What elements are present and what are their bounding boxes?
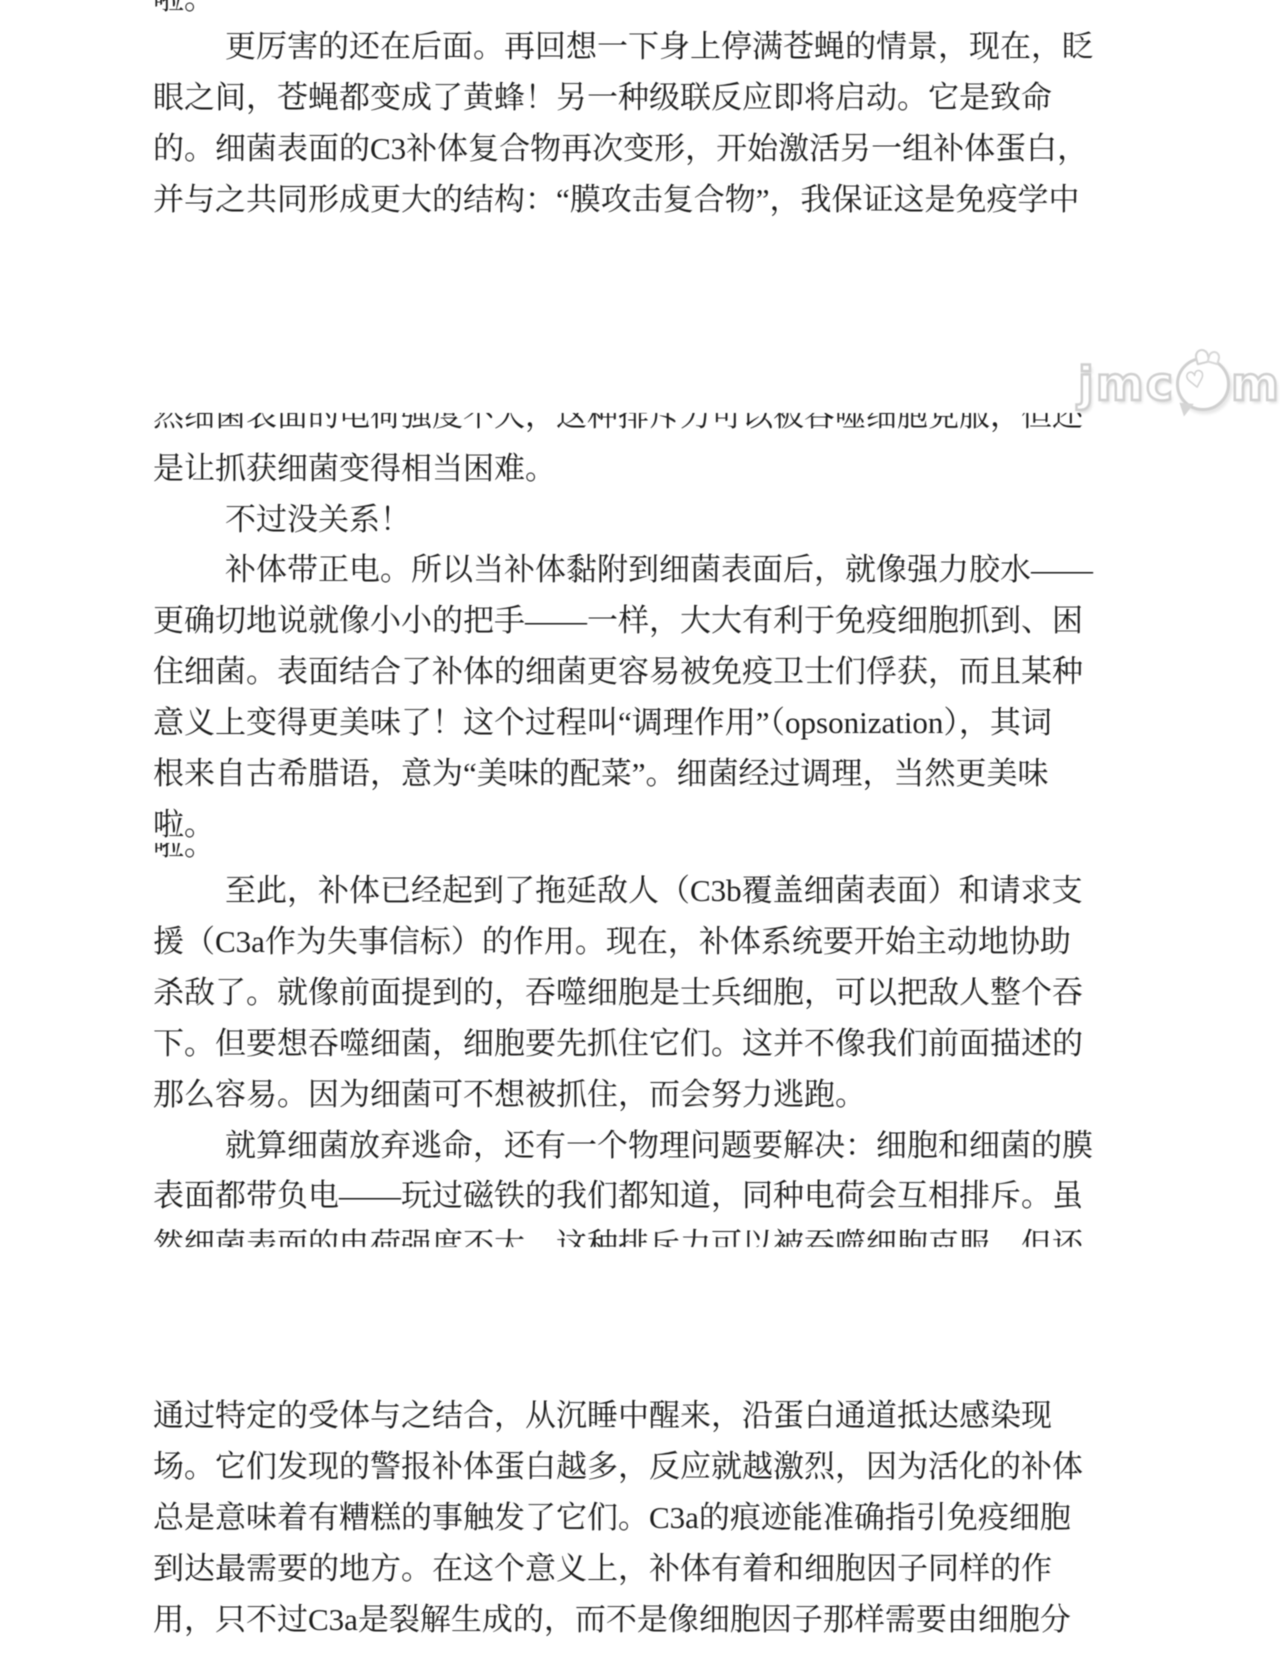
text-line: 补体带正电。所以当补体黏附到细菌表面后，就像强力胶水—— xyxy=(153,553,1133,586)
text-line: 更厉害的还在后面。再回想一下身上停满苍蝇的情景，现在，眨 xyxy=(153,30,1133,63)
text-line: 眼之间，苍蝇都变成了黄蜂！另一种级联反应即将启动。它是致命 xyxy=(153,81,1133,114)
text-line: 下。但要想吞噬细菌，细胞要先抓住它们。这并不像我们前面描述的 xyxy=(153,1027,1133,1060)
text-line: 的。细菌表面的C3补体复合物再次变形，开始激活另一组补体蛋白， xyxy=(153,132,1133,165)
text-line: 然细菌表面的电荷强度不大，这种排斥力可以被吞噬细胞克服，但还 xyxy=(153,413,1133,432)
text-line: 至此，补体已经起到了拖延敌人（C3b覆盖细菌表面）和请求支 xyxy=(153,874,1133,907)
text-line: 啦。 xyxy=(153,808,1133,838)
reader-scroll-view[interactable]: 啦。 更厉害的还在后面。再回想一下身上停满苍蝇的情景，现在，眨 眼之间，苍蝇都变… xyxy=(0,0,1280,1656)
text-line: 啦。 xyxy=(153,843,1133,861)
text-line: 啦。 xyxy=(153,0,1133,15)
text-line: 根来自古希腊语，意为“美味的配菜”。细菌经过调理，当然更美味 xyxy=(153,757,1133,790)
text-line: 就算细菌放弃逃命，还有一个物理问题要解决：细胞和细菌的膜 xyxy=(153,1129,1133,1162)
text-line: 并与之共同形成更大的结构：“膜攻击复合物”，我保证这是免疫学中 xyxy=(153,183,1133,216)
text-line: 通过特定的受体与之结合，从沉睡中醒来，沿蛋白通道抵达感染现 xyxy=(153,1399,1133,1432)
clipped-text-line: 然细菌表面的电荷强度不大，这种排斥力可以被吞噬细胞克服，但还 xyxy=(153,1228,1133,1247)
text-line: 场。它们发现的警报补体蛋白越多，反应就越激烈，因为活化的补体 xyxy=(153,1450,1133,1483)
text-line: 总是意味着有糟糕的事触发了它们。C3a的痕迹能准确指引免疫细胞 xyxy=(153,1501,1133,1534)
text-line: 不过没关系！ xyxy=(153,503,1133,536)
text-line: 然细菌表面的电荷强度不大，这种排斥力可以被吞噬细胞克服，但还 xyxy=(153,1228,1133,1247)
heart-icon: ♥ xyxy=(1184,368,1210,394)
text-line: 用，只不过C3a是裂解生成的，而不是像细胞因子那样需要由细胞分 xyxy=(153,1603,1133,1636)
clipped-text-line: 啦。 xyxy=(153,843,1133,869)
watermark: jmc ♥ mic xyxy=(1078,356,1280,412)
watermark-bird-icon: ♥ xyxy=(1176,357,1230,411)
watermark-text-left: jmc xyxy=(1078,357,1175,411)
text-line: 是让抓获细菌变得相当困难。 xyxy=(153,452,1133,485)
watermark-text-right: mic xyxy=(1231,357,1280,411)
text-line: 意义上变得更美味了！这个过程叫“调理作用”（opsonization），其词 xyxy=(153,706,1133,739)
text-line: 到达最需要的地方。在这个意义上，补体有着和细胞因子同样的作 xyxy=(153,1552,1133,1585)
text-line: 那么容易。因为细菌可不想被抓住，而会努力逃跑。 xyxy=(153,1078,1133,1111)
text-line: 表面都带负电——玩过磁铁的我们都知道，同种电荷会互相排斥。虽 xyxy=(153,1179,1133,1212)
clipped-text-line: 啦。 xyxy=(153,808,1133,838)
text-line: 援（C3a作为失事信标）的作用。现在，补体系统要开始主动地协助 xyxy=(153,925,1133,958)
text-line: 住细菌。表面结合了补体的细菌更容易被免疫卫士们俘获，而且某种 xyxy=(153,655,1133,688)
text-line: 更确切地说就像小小的把手——一样，大大有利于免疫细胞抓到、困 xyxy=(153,604,1133,637)
bird-tuft-icon xyxy=(1206,350,1221,366)
text-line: 杀敌了。就像前面提到的，吞噬细胞是士兵细胞，可以把敌人整个吞 xyxy=(153,976,1133,1009)
